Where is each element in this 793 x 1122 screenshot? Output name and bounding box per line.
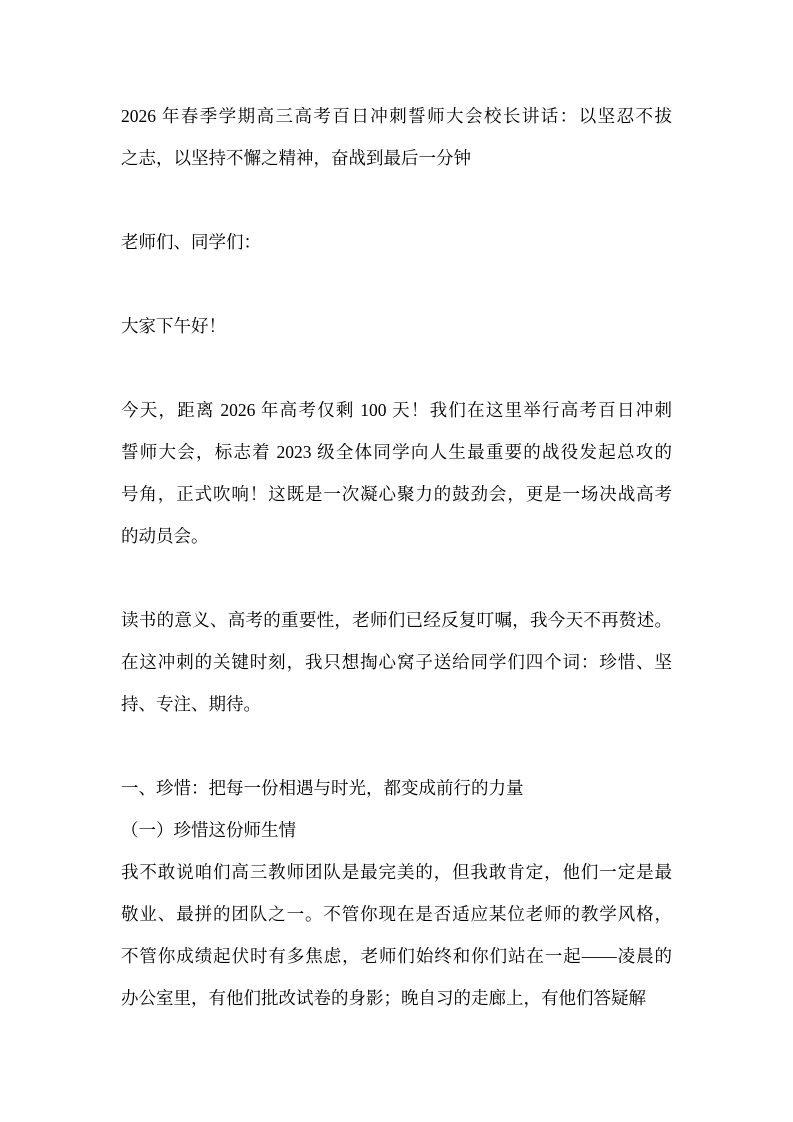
text-line: 持、专注、期待。 [121,683,672,725]
paragraph-heading-1: 一、珍惜：把每一份相遇与时光，都变成前行的力量 [121,767,672,809]
text-line: 之志，以坚持不懈之精神，奋战到最后一分钟 [121,137,672,179]
text-line: 办公室里，有他们批改试卷的身影；晚自习的走廊上，有他们答疑解 [121,977,672,1019]
paragraph-body: 今天，距离 2026 年高考仅剩 100 天！我们在这里举行高考百日冲刺誓师大会… [121,389,672,557]
paragraph-greeting: 大家下午好！ [121,305,672,347]
text-line: 一、珍惜：把每一份相遇与时光，都变成前行的力量 [121,767,672,809]
text-line: 大家下午好！ [121,305,672,347]
document-page: 2026 年春季学期高三高考百日冲刺誓师大会校长讲话：以坚忍不拔之志，以坚持不懈… [0,0,793,1122]
text-line: 读书的意义、高考的重要性，老师们已经反复叮嘱，我今天不再赘述。 [121,599,672,641]
text-line: 2026 年春季学期高三高考百日冲刺誓师大会校长讲话：以坚忍不拔 [121,95,672,137]
text-line: 不管你成绩起伏时有多焦虑，老师们始终和你们站在一起——凌晨的 [121,935,672,977]
text-line: 我不敢说咱们高三教师团队是最完美的，但我敢肯定，他们一定是最 [121,851,672,893]
paragraph-heading-2: （一）珍惜这份师生情 [121,809,672,851]
paragraph-body: 我不敢说咱们高三教师团队是最完美的，但我敢肯定，他们一定是最敬业、最拼的团队之一… [121,851,672,1019]
text-line: （一）珍惜这份师生情 [121,809,672,851]
text-line: 的动员会。 [121,515,672,557]
paragraph-salutation: 老师们、同学们： [121,221,672,263]
text-line: 在这冲刺的关键时刻，我只想掏心窝子送给同学们四个词：珍惜、坚 [121,641,672,683]
text-line: 老师们、同学们： [121,221,672,263]
text-line: 今天，距离 2026 年高考仅剩 100 天！我们在这里举行高考百日冲刺 [121,389,672,431]
document-content: 2026 年春季学期高三高考百日冲刺誓师大会校长讲话：以坚忍不拔之志，以坚持不懈… [121,95,672,1019]
paragraph-title: 2026 年春季学期高三高考百日冲刺誓师大会校长讲话：以坚忍不拔之志，以坚持不懈… [121,95,672,179]
text-line: 号角，正式吹响！这既是一次凝心聚力的鼓劲会，更是一场决战高考 [121,473,672,515]
text-line: 誓师大会，标志着 2023 级全体同学向人生最重要的战役发起总攻的 [121,431,672,473]
paragraph-body: 读书的意义、高考的重要性，老师们已经反复叮嘱，我今天不再赘述。在这冲刺的关键时刻… [121,599,672,725]
text-line: 敬业、最拼的团队之一。不管你现在是否适应某位老师的教学风格， [121,893,672,935]
